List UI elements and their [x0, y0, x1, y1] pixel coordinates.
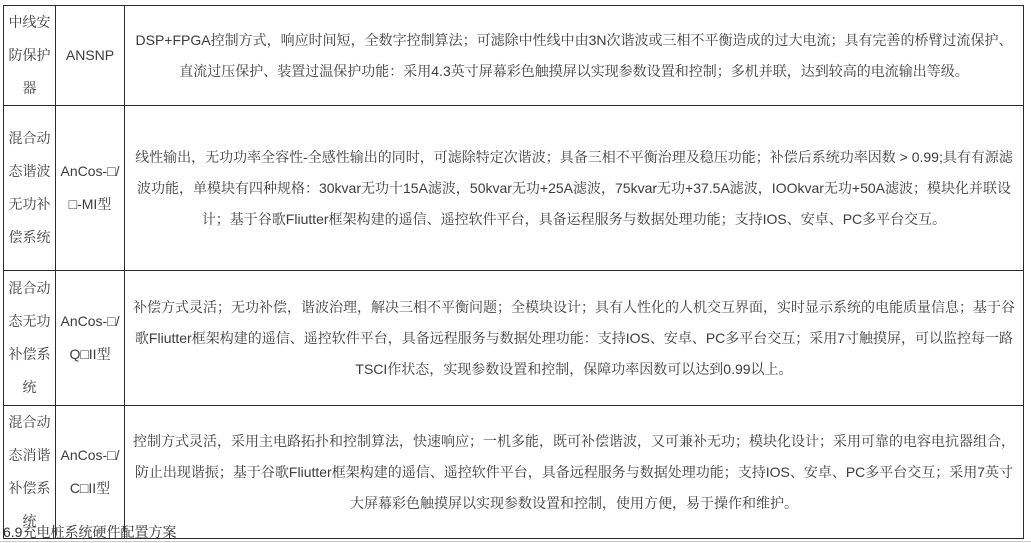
- table-row: 中线安防保护器 ANSNP DSP+FPGA控制方式，响应时间短，全数字控制算法…: [4, 6, 1024, 106]
- section-caption: 6.9充电桩系统硬件配置方案: [3, 523, 176, 541]
- bottom-divider: [0, 541, 1031, 542]
- product-description-cell: 控制方式灵活，采用主电路拓扑和控制算法，快速响应；一机多能，既可补偿谐波，又可兼…: [125, 406, 1024, 539]
- product-spec-table: 中线安防保护器 ANSNP DSP+FPGA控制方式，响应时间短，全数字控制算法…: [3, 5, 1024, 539]
- product-description-cell: DSP+FPGA控制方式，响应时间短，全数字控制算法；可滤除中性线中由3N次谐波…: [125, 6, 1024, 106]
- document-page: 中线安防保护器 ANSNP DSP+FPGA控制方式，响应时间短，全数字控制算法…: [0, 0, 1031, 543]
- product-model-cell: ANSNP: [56, 6, 125, 106]
- product-model-cell: AnCos-□/Q□II型: [56, 271, 125, 406]
- table-row: 混合动态无功补偿系统 AnCos-□/Q□II型 补偿方式灵活；无功补偿，谐波治…: [4, 271, 1024, 406]
- product-name-cell: 中线安防保护器: [4, 6, 56, 106]
- table-row: 混合动态消谐补偿系统 AnCos-□/C□II型 控制方式灵活，采用主电路拓扑和…: [4, 406, 1024, 539]
- product-model-cell: AnCos-□/□-MI型: [56, 106, 125, 271]
- product-model-cell: AnCos-□/C□II型: [56, 406, 125, 539]
- product-name-cell: 混合动态消谐补偿系统: [4, 406, 56, 539]
- product-name-cell: 混合动态无功补偿系统: [4, 271, 56, 406]
- product-description-cell: 线性输出，无功功率全容性-全感性输出的同时，可滤除特定次谐波；具备三相不平衡治理…: [125, 106, 1024, 271]
- product-name-cell: 混合动态谐波无功补偿系统: [4, 106, 56, 271]
- product-description-cell: 补偿方式灵活；无功补偿，谐波治理，解决三相不平衡问题；全模块设计；具有人性化的人…: [125, 271, 1024, 406]
- table-row: 混合动态谐波无功补偿系统 AnCos-□/□-MI型 线性输出，无功功率全容性-…: [4, 106, 1024, 271]
